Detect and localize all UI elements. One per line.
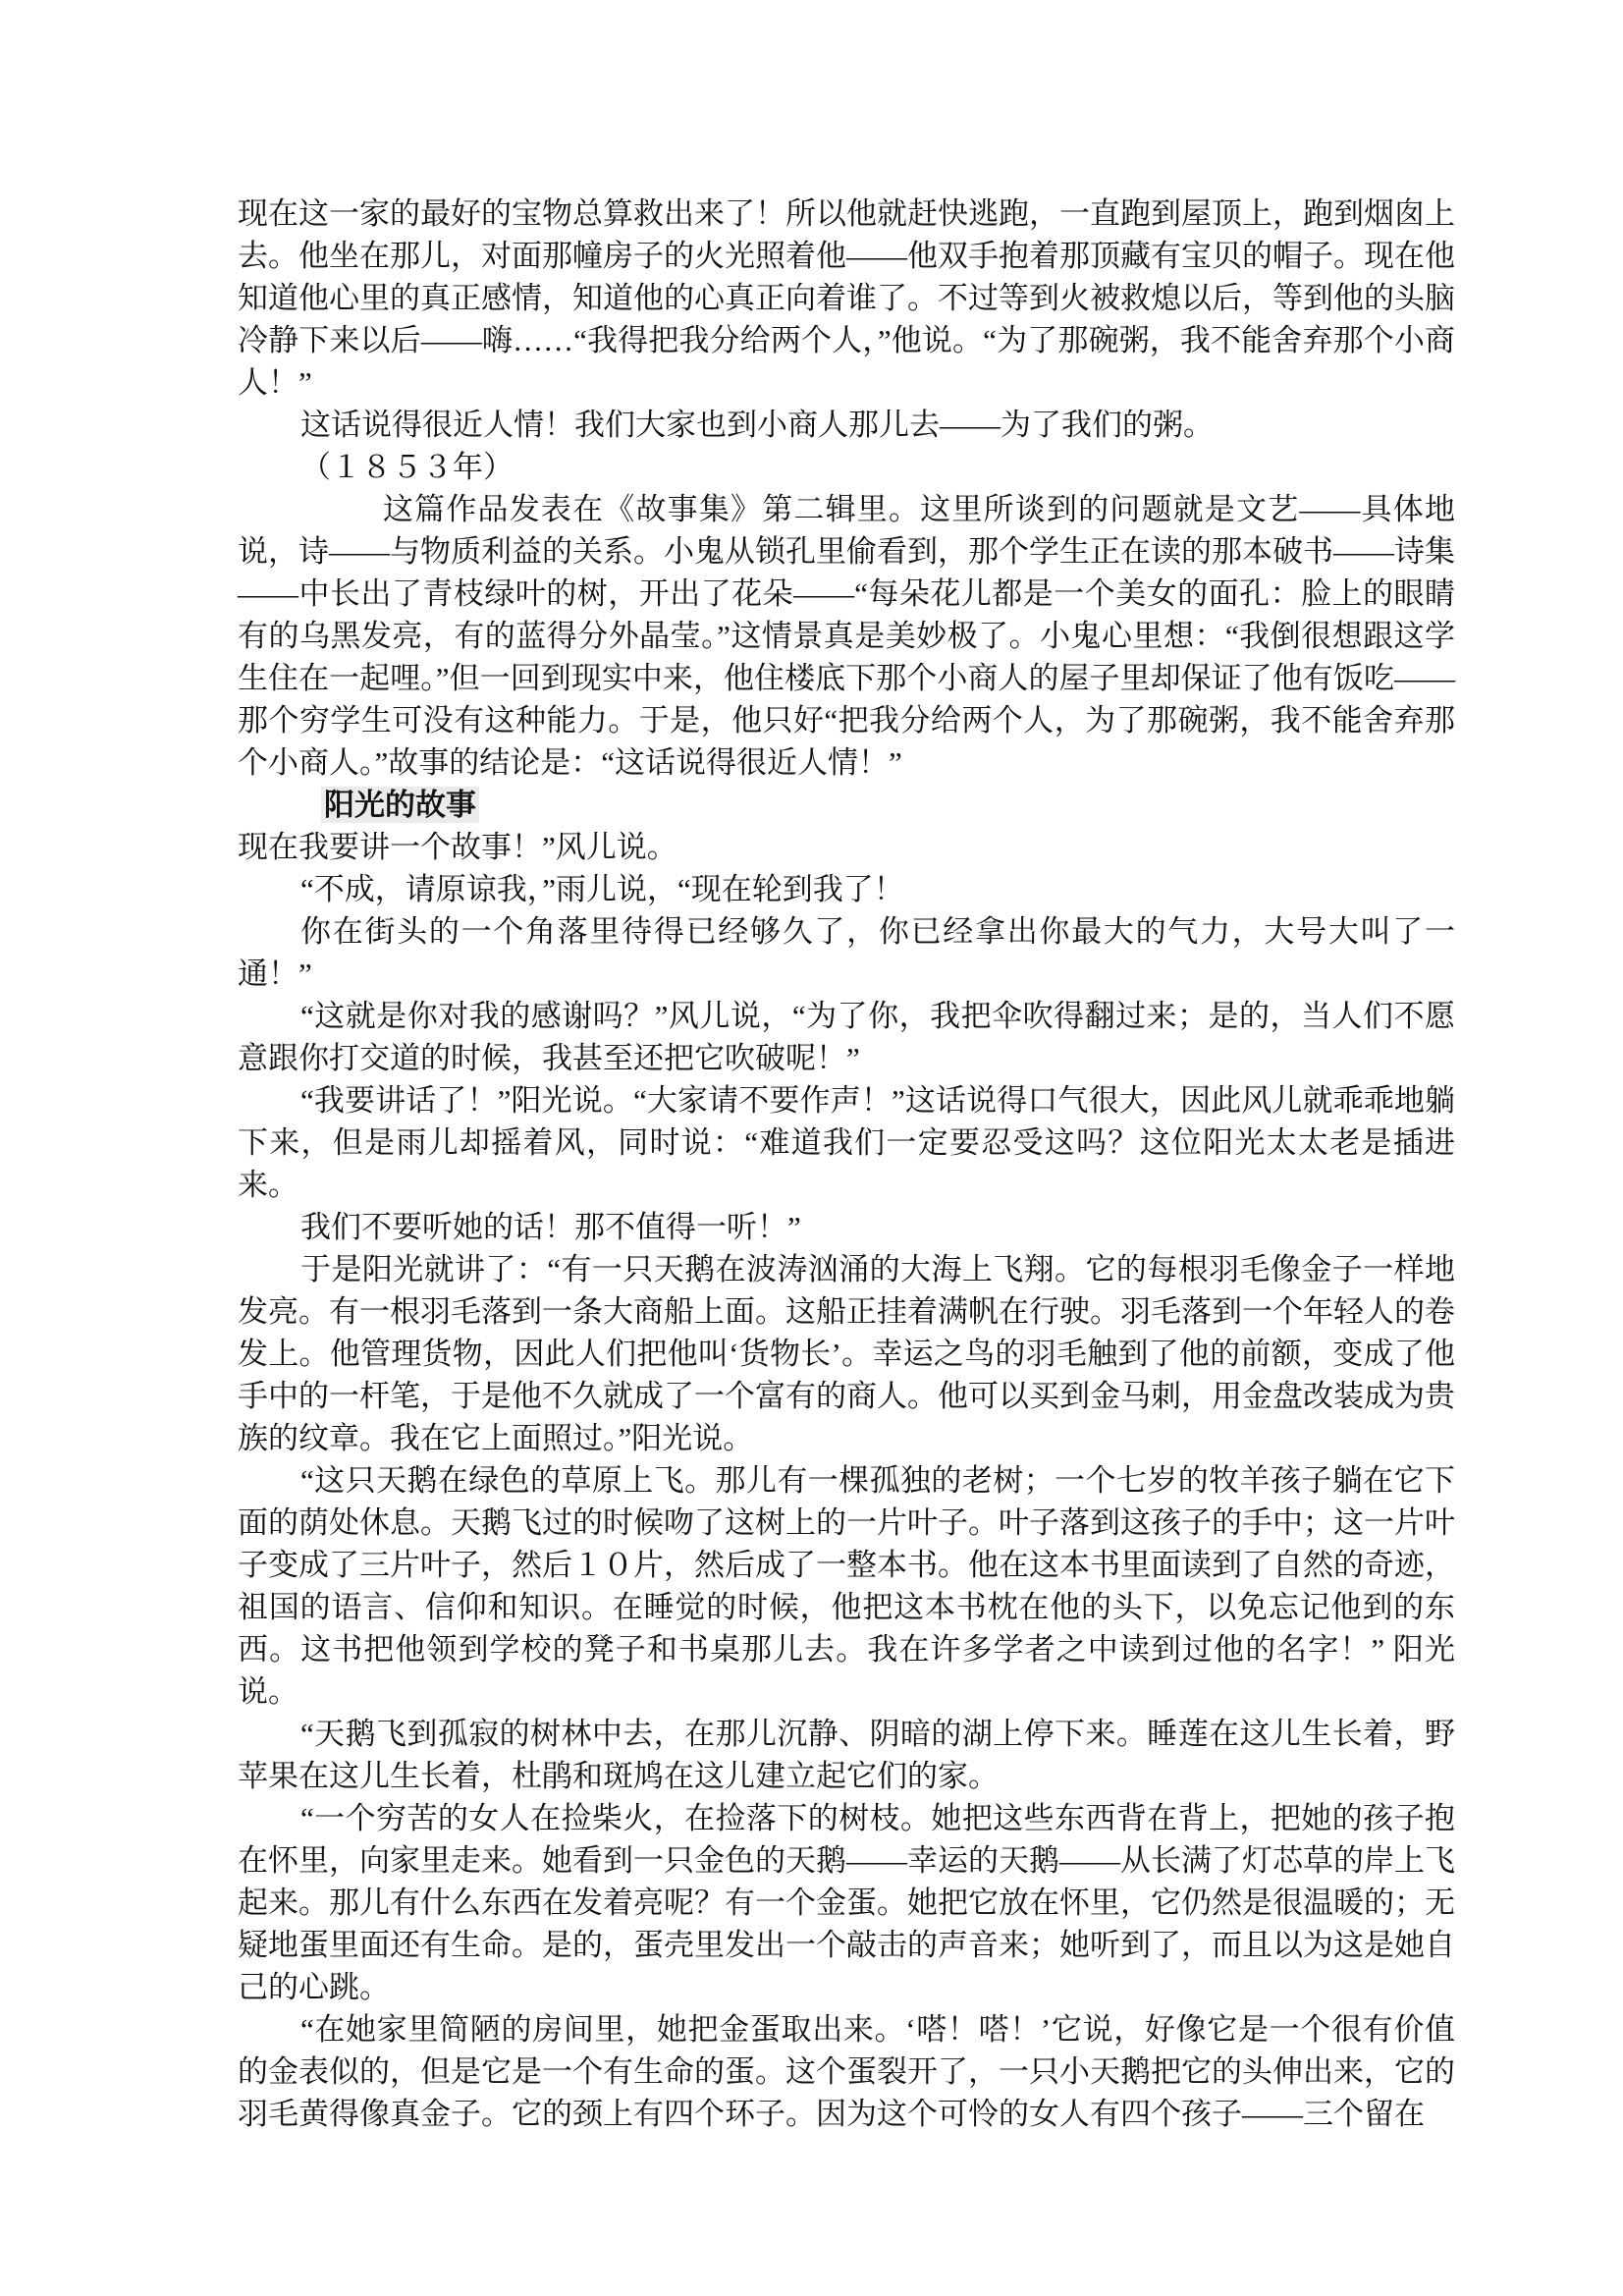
section-heading-text: 阳光的故事 [321,787,479,823]
section-heading: 阳光的故事 [238,784,1455,826]
paragraph: “这只天鹅在绿色的草原上飞。那儿有一棵孤独的老树；一个七岁的牧羊孩子躺在它下面的… [238,1459,1455,1713]
paragraph: 我们不要听她的话！那不值得一听！” [238,1206,1455,1248]
paragraph: “我要讲话了！”阳光说。“大家请不要作声！”这话说得口气很大，因此风儿就乖乖地躺… [238,1079,1455,1206]
paragraph: “在她家里简陋的房间里，她把金蛋取出来。‘嗒！嗒！’它说，好像它是一个很有价值的… [238,2008,1455,2135]
paragraph: 现在我要讲一个故事！”风儿说。 [238,826,1455,868]
publication-year-line: （１８５３年） [238,446,1455,488]
paragraph: 现在这一家的最好的宝物总算救出来了！所以他就赶快逃跑，一直跑到屋顶上，跑到烟囱上… [238,192,1455,404]
paragraph: 于是阳光就讲了：“有一只天鹅在波涛汹涌的大海上飞翔。它的每根羽毛像金子一样地发亮… [238,1248,1455,1459]
document-page: 现在这一家的最好的宝物总算救出来了！所以他就赶快逃跑，一直跑到屋顶上，跑到烟囱上… [0,0,1623,2296]
paragraph: “天鹅飞到孤寂的树林中去，在那儿沉静、阴暗的湖上停下来。睡莲在这儿生长着，野苹果… [238,1713,1455,1797]
paragraph: 这话说得很近人情！我们大家也到小商人那儿去——为了我们的粥。 [238,404,1455,446]
paragraph: 你在街头的一个角落里待得已经够久了，你已经拿出你最大的气力，大号大叫了一通！” [238,910,1455,995]
paragraph: 这篇作品发表在《故事集》第二辑里。这里所谈到的问题就是文艺——具体地说，诗——与… [238,488,1455,784]
paragraph: “不成，请原谅我，”雨儿说，“现在轮到我了！ [238,868,1455,910]
paragraph: “这就是你对我的感谢吗？”风儿说，“为了你，我把伞吹得翻过来；是的，当人们不愿意… [238,995,1455,1079]
text-body: 现在这一家的最好的宝物总算救出来了！所以他就赶快逃跑，一直跑到屋顶上，跑到烟囱上… [238,192,1455,2135]
paragraph: “一个穷苦的女人在捡柴火，在捡落下的树枝。她把这些东西背在背上，把她的孩子抱在怀… [238,1797,1455,2008]
